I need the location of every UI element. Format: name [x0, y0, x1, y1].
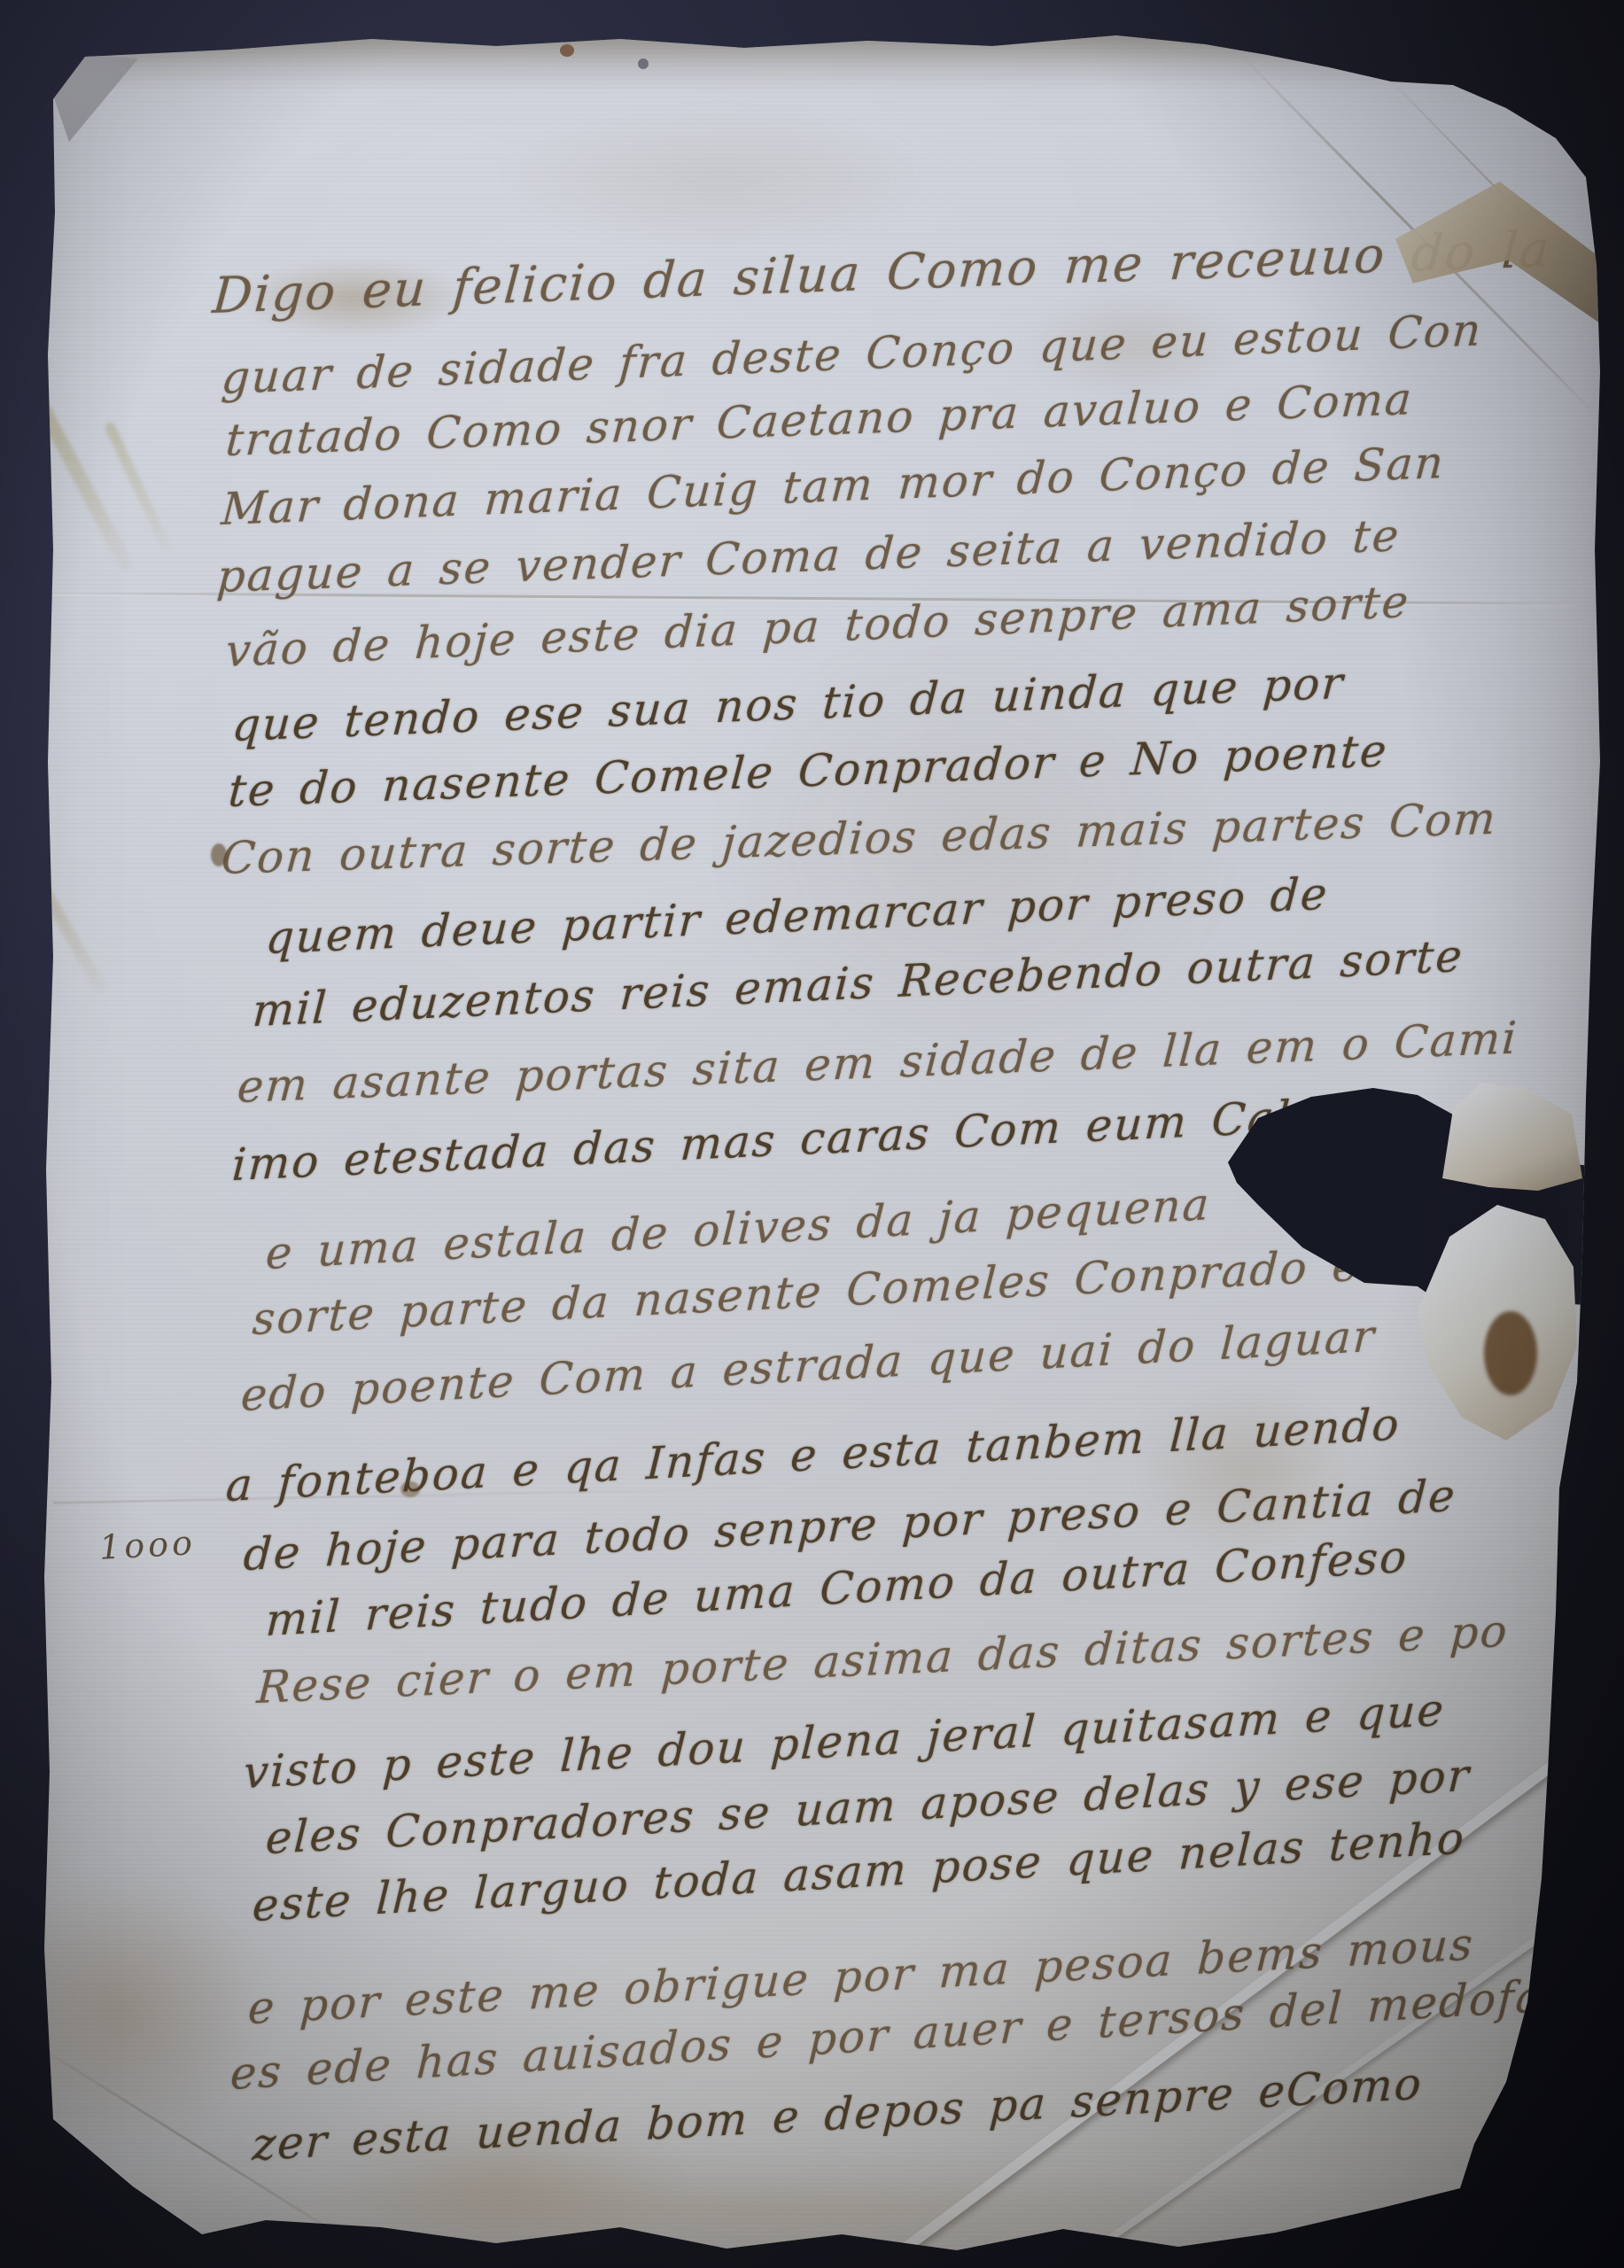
paper-edge-shading: [0, 0, 1624, 2268]
manuscript-paper: Digo eu felicio da silua Como me receuuo…: [0, 0, 1624, 2268]
manuscript-photo: Digo eu felicio da silua Como me receuuo…: [0, 0, 1624, 2268]
